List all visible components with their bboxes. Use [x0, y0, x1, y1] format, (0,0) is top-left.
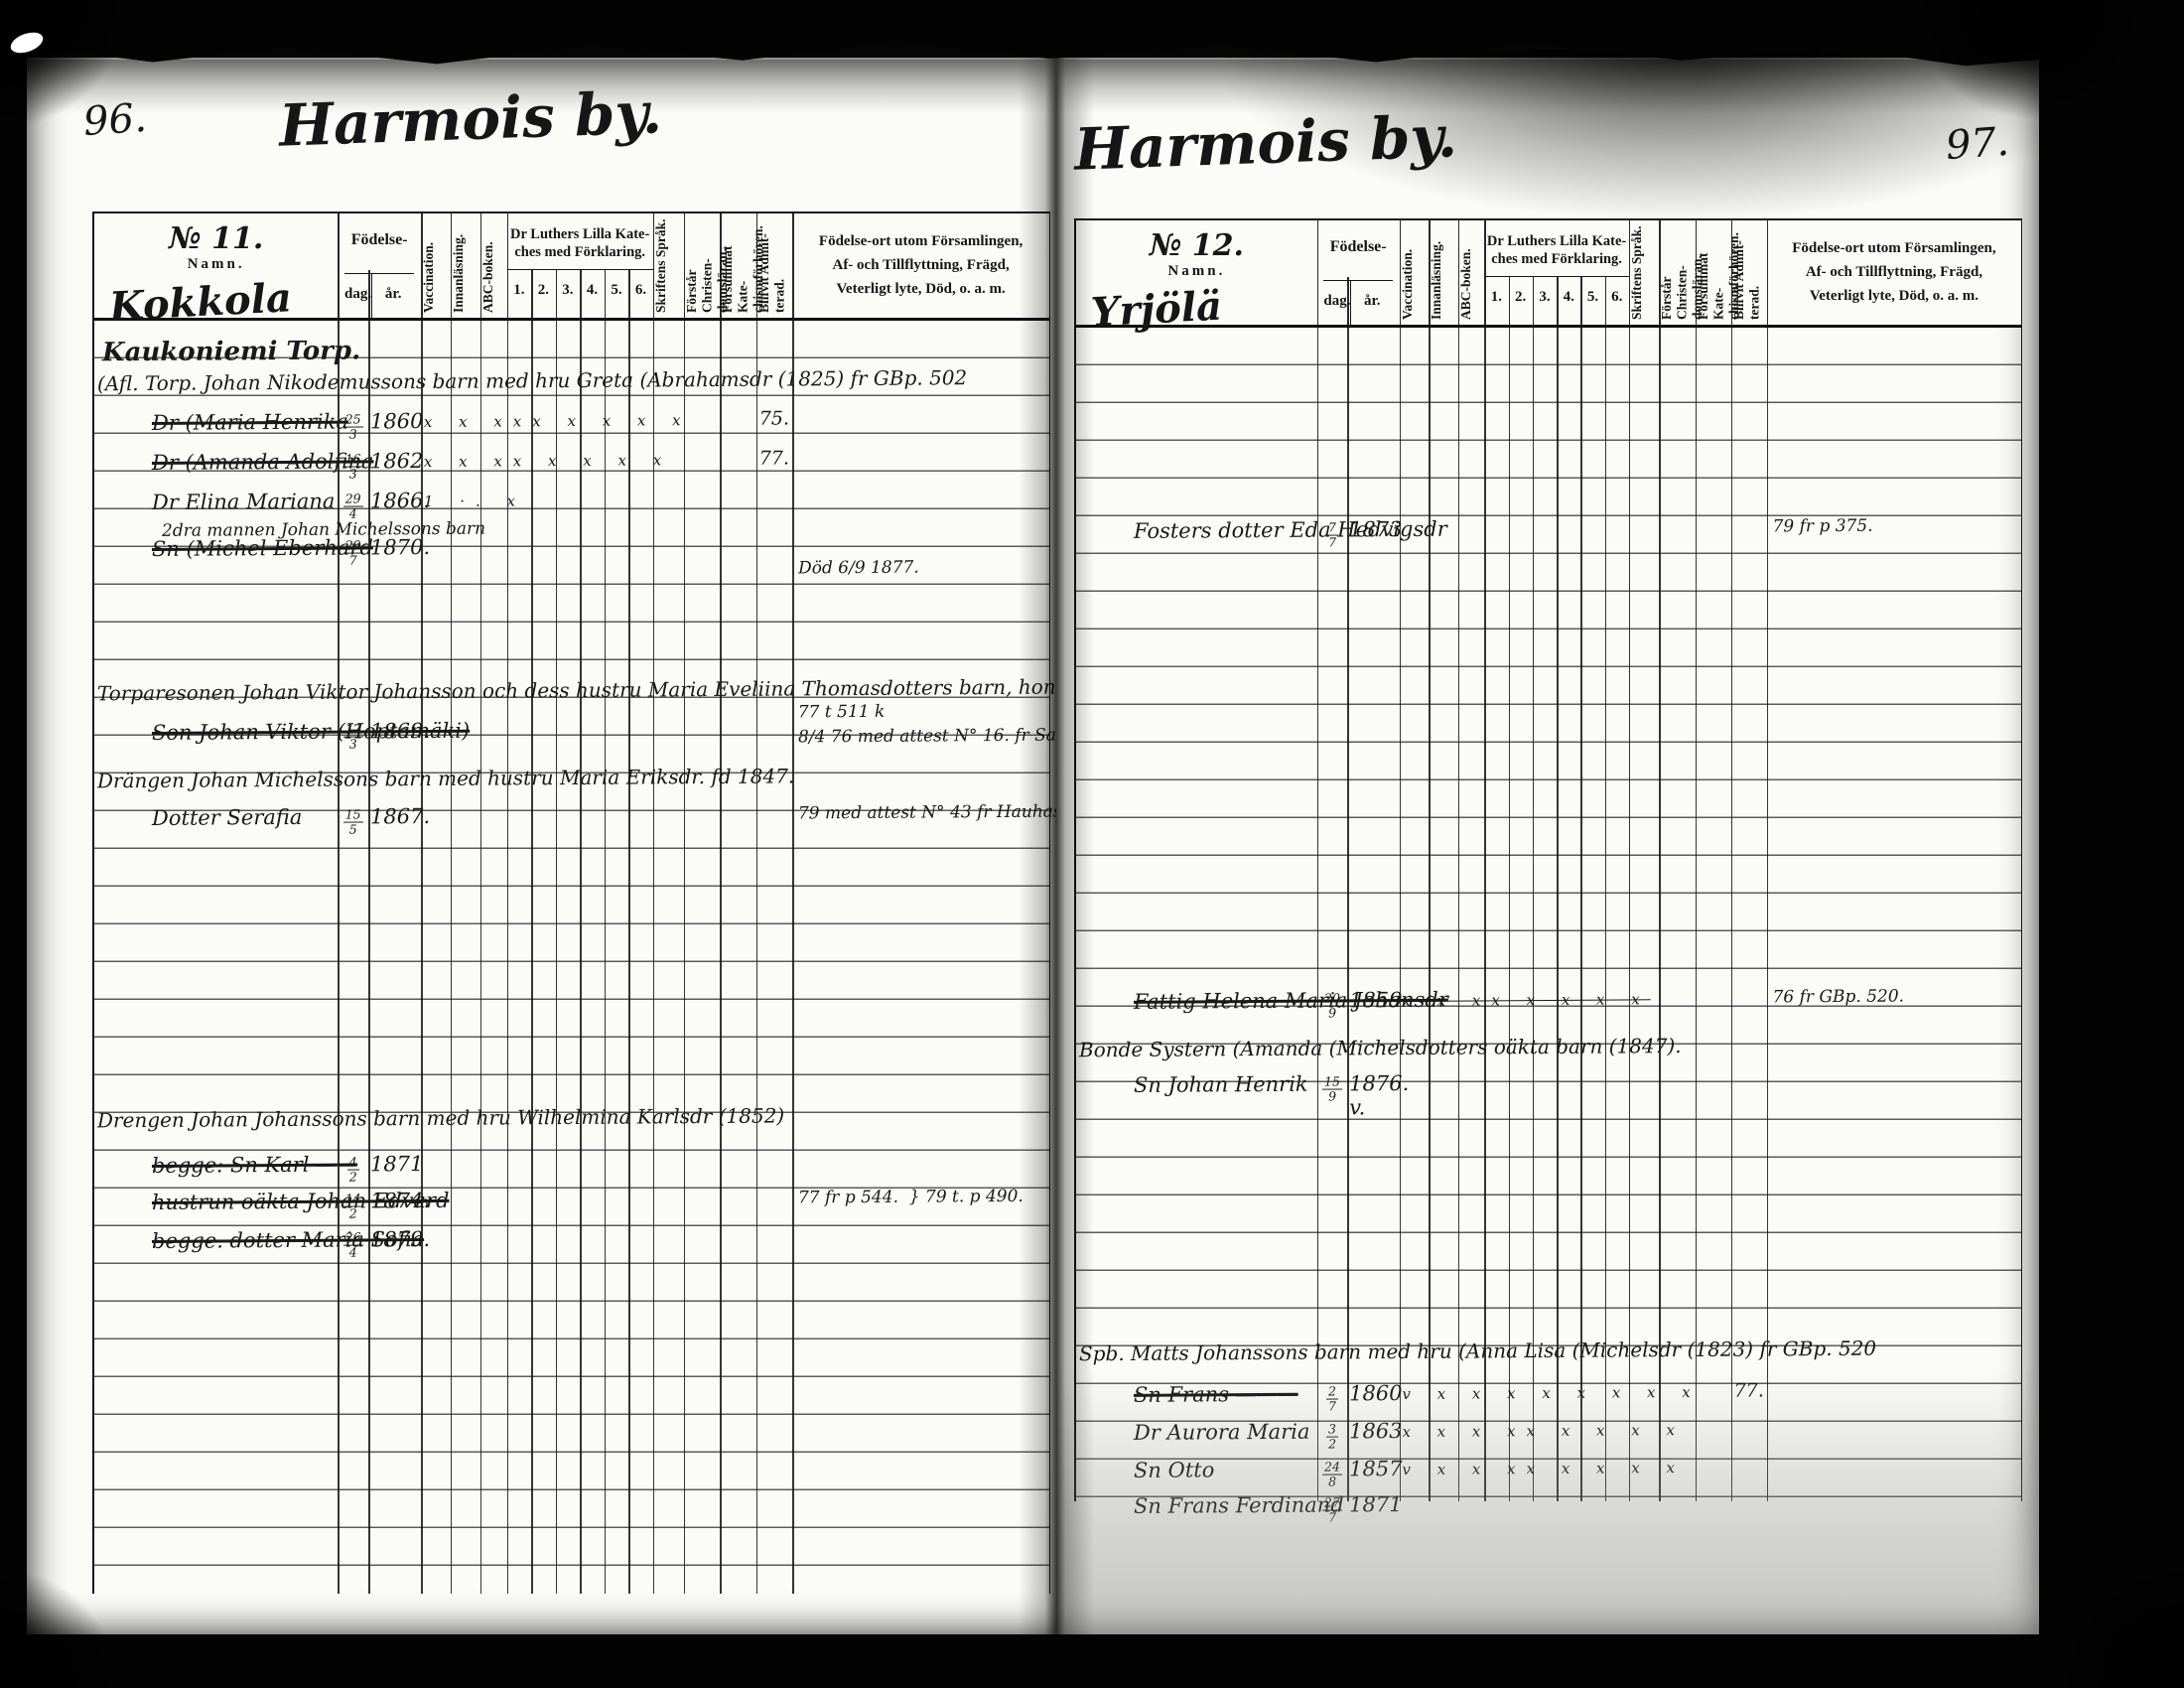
column-rule [451, 213, 453, 318]
ledger-entry: Sn Frans Ferdinand2771871 [1076, 1486, 2021, 1531]
remarks-header: Födelse-ort utom Församlingen, Af- och T… [792, 213, 1049, 318]
column-rule [1509, 328, 1511, 1501]
reading-header: Innanläsning. [451, 218, 480, 313]
column-rule [1458, 328, 1460, 1501]
column-rule [1484, 328, 1486, 1501]
catechism-col-1: 1. [1484, 277, 1508, 325]
table-header: № 12. Namn. Yrjölä Födelse- dag. år. Vac… [1074, 220, 2022, 328]
column-rule [1659, 220, 1661, 325]
column-rule [1580, 328, 1582, 1501]
catechism-col-3: 3. [1533, 277, 1557, 325]
column-rule [1533, 328, 1535, 1501]
column-rule [1557, 277, 1559, 325]
ledger-entry: Son Johan Viktor (Hoptamäki)1731869.77 t… [94, 713, 1049, 758]
entry-name: Kaukoniemi Torp. [102, 336, 360, 367]
paper: 96. Harmois by. № 11. Namn. Kokkola Föde… [26, 58, 2041, 1636]
scripture-language-header: Skriftens Språk. [653, 218, 684, 313]
entry-birth-day: 253 [338, 408, 368, 441]
column-rule [1580, 277, 1582, 325]
entry-birth-day: 42 [338, 1151, 368, 1184]
entry-name: Spb. Matts Johanssons barn med hru (Anna… [1079, 1336, 1876, 1366]
entry-remark: 77 fr p 544. } 79 t. p 490. [798, 1185, 1046, 1210]
entry-birth-day: 142 [338, 1188, 368, 1220]
column-rule [580, 270, 582, 318]
catechism-label: Dr Luthers Lilla Kate- ches med Förklari… [507, 225, 653, 261]
ledger-entry: (Afl. Torp. Johan Nikodemussons barn med… [94, 363, 1049, 408]
entry-birth-year: 1871 [370, 1152, 422, 1176]
column-rule [1347, 277, 1349, 325]
entry-remark: Död 6/9 1877. [798, 555, 1046, 581]
name-label: Namn. [94, 256, 338, 273]
ledger-entry: begge. dotter Maria Sofia2641879. [94, 1221, 1049, 1266]
ledger-entry: Drängen Johan Michelssons barn med hustr… [94, 761, 1049, 805]
column-rule [1429, 328, 1431, 1501]
entry-birth-day: 277 [1317, 1491, 1348, 1524]
column-rule [1605, 277, 1607, 325]
page-number: 96. [81, 95, 148, 145]
ledger-entry: Fosters dotter Eda Hedvigsdr77187379 fr … [1076, 511, 2021, 556]
catechism-col-4: 4. [1557, 277, 1580, 325]
entry-birth-day: 163 [338, 448, 368, 481]
entry-name: Dotter Serafia [152, 805, 303, 830]
column-rule [1429, 220, 1431, 325]
ledger-entry: Fattig Helena Maria Johansdr2091859x x x… [1076, 982, 2021, 1027]
column-rule [628, 270, 630, 318]
birth-label: Födelse- [338, 231, 421, 249]
entry-birth-year: 1874. [370, 1189, 422, 1212]
entry-remark: 76 fr GBp. 520. [1772, 984, 2018, 1010]
column-rule [1629, 220, 1631, 325]
entry-examination-marks: v [424, 1191, 658, 1210]
table-body: Kaukoniemi Torp.(Afl. Torp. Johan Nikode… [92, 321, 1050, 1594]
column-rule [1509, 277, 1511, 325]
column-rule [1400, 328, 1402, 1501]
entry-birth-year: 1860 [1349, 1381, 1401, 1405]
ledger-entry: Drengen Johan Johanssons barn med hru Wi… [94, 1100, 1049, 1145]
birth-column-header: Födelse- dag. år. [1317, 220, 1400, 325]
column-rule [684, 213, 686, 318]
entry-name: Drängen Johan Michelssons barn med hustr… [97, 764, 794, 792]
column-rule [605, 270, 607, 318]
column-rule [1605, 328, 1607, 1501]
scanned-ledger-spread: 96. Harmois by. № 11. Namn. Kokkola Föde… [0, 0, 2184, 1688]
entry-birth-day: 248 [1317, 1456, 1348, 1488]
entry-birth-year: 1873 [1349, 517, 1401, 541]
entry-birth-year: 1869. [370, 719, 422, 743]
birth-label: Födelse- [1317, 238, 1400, 256]
entry-name: Dr Aurora Maria [1134, 1420, 1310, 1445]
column-rule [1659, 328, 1661, 1501]
column-rule [1557, 328, 1559, 1501]
entry-birth-year: 1859 [1349, 988, 1401, 1012]
column-rule [1767, 220, 1769, 325]
entry-birth-day: 155 [338, 803, 368, 836]
column-rule [507, 213, 509, 318]
year-label: år. [371, 274, 414, 318]
understands-christianity-header: Förstår Christen- domsläran. [684, 218, 721, 313]
ledger-entry: hustrun oäkta Johan Edvard1421874.v77 fr… [94, 1183, 1049, 1227]
ledger-entry: Sn Frans ———271860v x x x x x x x x77. [1076, 1375, 2021, 1420]
catechism-col-4: 4. [580, 270, 605, 318]
abc-book-header: ABC-boken. [1458, 225, 1485, 320]
page-title: Harmois by. [278, 78, 663, 159]
column-rule [720, 213, 722, 318]
missed-examinations-header: Försummat Kate- chismförhören. [720, 218, 756, 313]
page-title: Harmois by. [1073, 102, 1458, 183]
entry-name: Sn Frans ——— [1134, 1382, 1298, 1407]
column-rule [1731, 220, 1733, 325]
entry-admitted-year: 77. [756, 447, 793, 469]
vaccination-header: Vaccination. [1400, 225, 1430, 320]
entry-examination-marks: v x x xx x x x x [1402, 1459, 1633, 1478]
catechism-col-1: 1. [507, 270, 532, 318]
ledger-table: № 12. Namn. Yrjölä Födelse- dag. år. Vac… [1074, 218, 2022, 1501]
column-rule [531, 270, 533, 318]
name-column-header: № 11. Namn. Kokkola [94, 213, 338, 318]
entry-remark: 79 med attest N° 43 fr Hauhas [798, 800, 1046, 826]
admitted-header: Blifvit Admit- terad. [1731, 225, 1767, 320]
entry-remark: 79 fr p 375. [1772, 513, 2018, 539]
entry-name: Drengen Johan Johanssons barn med hru Wi… [97, 1104, 784, 1133]
household-number: № 12. [1076, 228, 1317, 263]
catechism-col-5: 5. [605, 270, 629, 318]
entry-birth-day: 209 [1317, 987, 1348, 1020]
entry-birth-year: 1860 [370, 409, 422, 433]
entry-examination-marks: x x xxx x x x x [424, 411, 658, 431]
scan-border [0, 0, 27, 1688]
entry-examination-marks: x x xx x x x x [1402, 990, 1633, 1010]
column-rule [1696, 328, 1698, 1501]
column-rule [1731, 328, 1733, 1501]
scan-border [0, 1634, 2184, 1688]
catechism-label: Dr Luthers Lilla Kate- ches med Förklari… [1484, 232, 1629, 268]
column-rule [1629, 328, 1631, 1501]
column-rule [1400, 220, 1402, 325]
ledger-page-left: 96. Harmois by. № 11. Namn. Kokkola Föde… [26, 58, 1056, 1636]
column-rule [1458, 220, 1460, 325]
missed-examinations-header: Försummat Kate- chismförhören. [1696, 225, 1731, 320]
entry-birth-day: 32 [1317, 1418, 1348, 1451]
entry-name: Bonde Systern (Amanda (Michelsdotters oä… [1079, 1034, 1682, 1061]
entry-admitted-year: 77. [1731, 1379, 1767, 1401]
name-label: Namn. [1076, 263, 1317, 280]
entry-birth-day: 297 [338, 534, 368, 567]
vaccination-header: Vaccination. [421, 218, 451, 313]
ledger-entry: Dr (Amanda Adolfina1631862x x xx x x x x… [94, 443, 1049, 488]
ledger-entry: Spb. Matts Johanssons barn med hru (Anna… [1076, 1334, 2021, 1378]
entry-name: Dr Elina Mariana [152, 490, 336, 514]
admitted-header: Blifvit Admit- terad. [756, 218, 793, 313]
entry-examination-marks: 1 ·. x [424, 491, 658, 510]
column-rule [1533, 277, 1535, 325]
entry-examination-marks: x x xx x x x x [424, 451, 658, 471]
entry-birth-year: 1866. [370, 489, 422, 512]
table-body: Fosters dotter Eda Hedvigsdr77187379 fr … [1074, 328, 2022, 1501]
table-header: № 11. Namn. Kokkola Födelse- dag. år. Va… [92, 213, 1050, 321]
ledger-table: № 11. Namn. Kokkola Födelse- dag. år. Va… [92, 211, 1050, 1594]
entry-birth-day: 264 [338, 1226, 368, 1259]
column-rule [480, 213, 482, 318]
entry-birth-year: 1871 [1349, 1492, 1401, 1516]
entry-name: Sn Otto [1134, 1458, 1214, 1482]
page-number: 97. [1944, 119, 2010, 169]
entry-birth-year: 1870. [370, 535, 422, 559]
column-rule [1317, 328, 1319, 1501]
day-label: dag. [344, 274, 371, 318]
entry-birth-year: 1863 [1349, 1419, 1401, 1443]
scripture-language-header: Skriftens Språk. [1629, 225, 1659, 320]
column-rule [756, 213, 758, 318]
household-number: № 11. [94, 221, 338, 256]
entry-name: begge: Sn Karl —— [152, 1153, 357, 1178]
entry-birth-day: 173 [338, 718, 368, 751]
entry-name: Sn Frans Ferdinand [1134, 1492, 1344, 1517]
entry-birth-day: 27 [1317, 1380, 1348, 1413]
catechism-col-5: 5. [1580, 277, 1604, 325]
column-rule [792, 213, 794, 318]
entry-birth-day: 77 [1317, 516, 1348, 549]
entry-birth-day: 159 [1317, 1070, 1348, 1103]
catechism-col-6: 6. [1605, 277, 1629, 325]
entry-birth-year: 1876. v. [1349, 1071, 1401, 1119]
entry-remark: 77 t 511 k 8/4 76 med attest N° 16. fr S… [798, 699, 1046, 750]
birth-column-header: Födelse- dag. år. [338, 213, 421, 318]
column-rule [1317, 220, 1319, 325]
column-rule [1696, 220, 1698, 325]
name-column-header: № 12. Namn. Yrjölä [1076, 220, 1317, 325]
ledger-entry: Dr (Maria Henrika2531860x x xxx x x x x7… [94, 403, 1049, 448]
column-rule [1347, 328, 1349, 1501]
remarks-header: Födelse-ort utom Församlingen, Af- och T… [1767, 220, 2021, 325]
ledger-entry: Sn (Michel Eberhard2971870.Död 6/9 1877. [94, 529, 1049, 574]
column-rule [338, 213, 340, 318]
catechism-col-3: 3. [556, 270, 581, 318]
catechism-col-2: 2. [531, 270, 556, 318]
ledger-entry: Sn Johan Henrik1591876. v. [1076, 1065, 2021, 1110]
column-rule [1484, 220, 1486, 325]
reading-header: Innanläsning. [1429, 225, 1458, 320]
entry-name: (Afl. Torp. Johan Nikodemussons barn med… [97, 365, 967, 395]
column-rule [556, 270, 558, 318]
entry-admitted-year: 75. [756, 407, 793, 429]
ledger-entry: Dr Aurora Maria321863x x x xx x x x x [1076, 1413, 2021, 1458]
entry-examination-marks: v x x x x x x x x [1402, 1383, 1633, 1403]
understands-christianity-header: Förstår Christen- domsläran. [1659, 225, 1695, 320]
entry-birth-year: 1879. [370, 1227, 422, 1251]
catechism-col-6: 6. [628, 270, 653, 318]
year-label: år. [1350, 281, 1392, 325]
scan-border [2039, 0, 2184, 1688]
column-rule [653, 213, 655, 318]
ledger-page-right: 97. Harmois by. № 12. Namn. Yrjölä Födel… [1056, 58, 2041, 1636]
column-rule [1767, 328, 1769, 1501]
column-rule [368, 270, 370, 318]
entry-examination-marks: x x x xx x x x x [1402, 1421, 1633, 1441]
ledger-entry: Dotter Serafia1551867.79 med attest N° 4… [94, 798, 1049, 843]
entry-birth-year: 1862 [370, 449, 422, 473]
column-rule [421, 213, 423, 318]
entry-birth-year: 1867. [370, 804, 422, 828]
abc-book-header: ABC-boken. [480, 218, 507, 313]
entry-name: Dr (Maria Henrika [152, 410, 348, 435]
entry-name: Sn Johan Henrik [1134, 1072, 1308, 1097]
catechism-col-2: 2. [1509, 277, 1533, 325]
entry-birth-year: 1857 [1349, 1457, 1401, 1480]
